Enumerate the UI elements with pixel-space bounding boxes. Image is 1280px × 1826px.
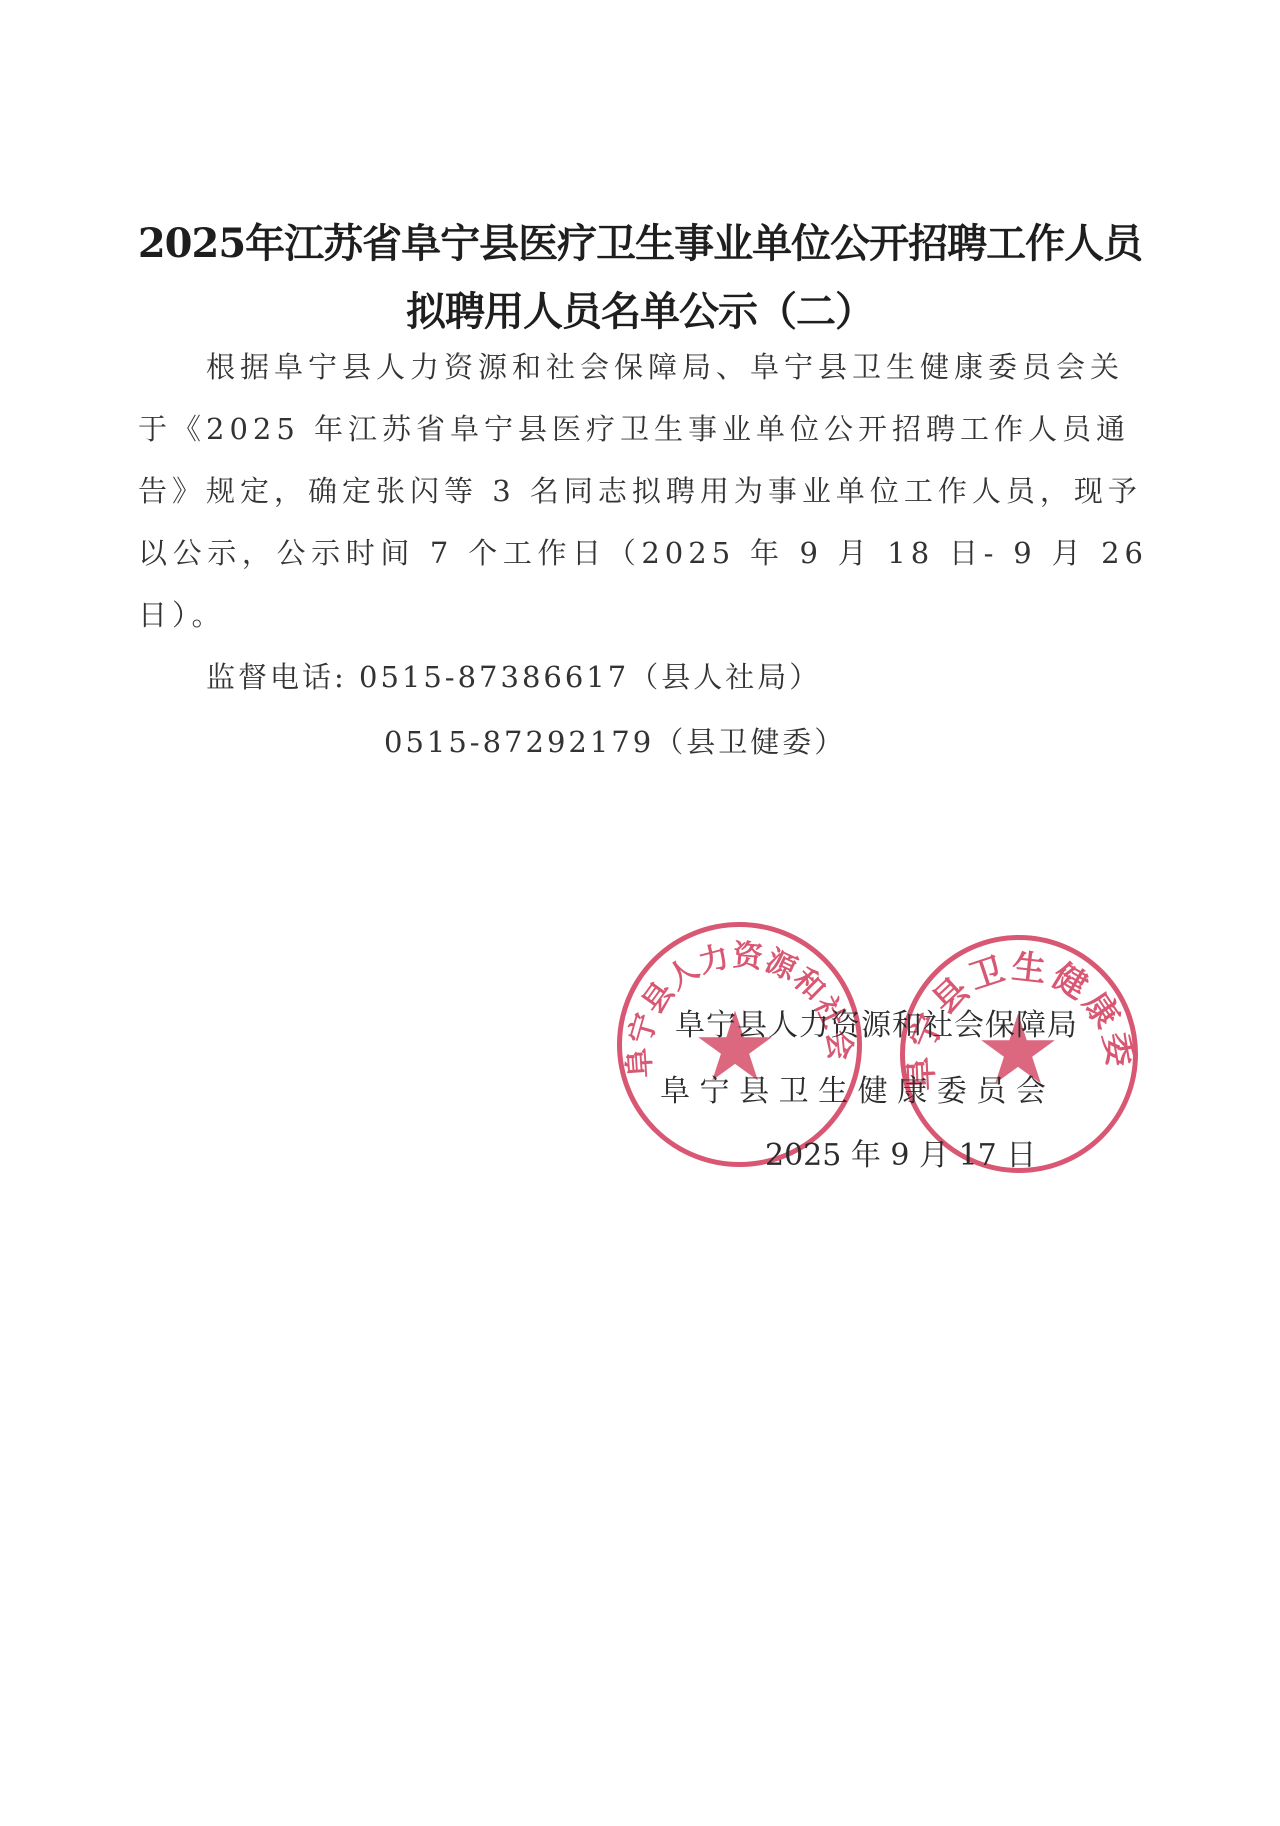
contact-line-1: 监督电话: 0515-87386617（县人社局）	[206, 655, 821, 696]
body-line-3: 告》规定，确定张闪等 3 名同志拟聘用为事业单位工作人员，现予	[138, 460, 1148, 522]
body-line-1: 根据阜宁县人力资源和社会保障局、阜宁县卫生健康委员会关	[138, 336, 1148, 398]
contact-phone-1: 0515-87386617（县人社局）	[359, 660, 821, 694]
body-line-4: 以公示，公示时间 7 个工作日（2025 年 9 月 18 日- 9 月 26 …	[138, 522, 1148, 646]
document-title-line-1: 2025年江苏省阜宁县医疗卫生事业单位公开招聘工作人员	[0, 212, 1280, 269]
signature-org-2: 阜 宁 县 卫 生 健 康 委 员 会	[660, 1066, 1046, 1110]
document-title-line-2: 拟聘用人员名单公示（二）	[0, 280, 1280, 337]
contact-phone-2: 0515-87292179（县卫健委）	[384, 720, 846, 761]
signature-date: 2025 年 9 月 17 日	[765, 1130, 1036, 1174]
body-line-2: 于《2025 年江苏省阜宁县医疗卫生事业单位公开招聘工作人员通	[138, 398, 1148, 460]
signature-org-1: 阜宁县人力资源和社会保障局	[675, 1000, 1078, 1044]
contact-label: 监督电话:	[206, 660, 359, 694]
body-paragraph: 根据阜宁县人力资源和社会保障局、阜宁县卫生健康委员会关 于《2025 年江苏省阜…	[138, 336, 1148, 646]
